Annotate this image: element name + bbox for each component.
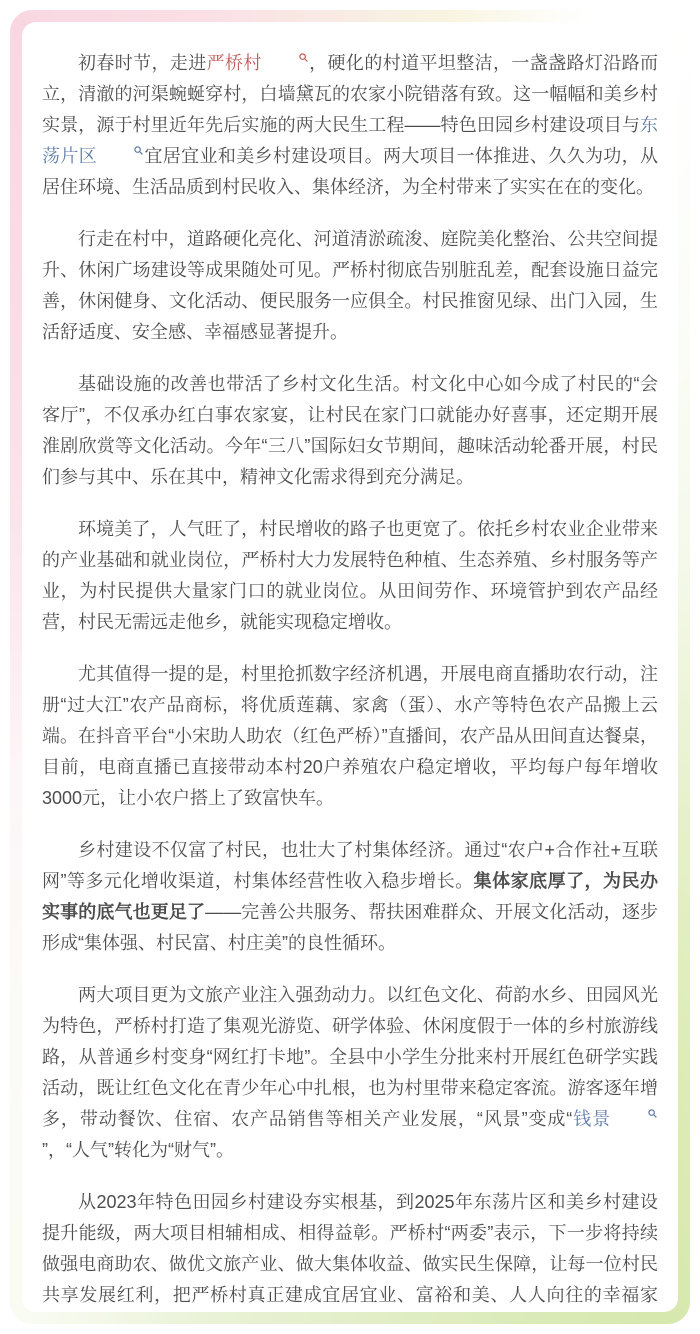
paragraph-5: 尤其值得一提的是，村里抢抓数字经济机遇，开展电商直播助农行动，注册“过大江”农产… <box>42 659 658 814</box>
article-body: 初春时节，走进严桥村，硬化的村道平坦整洁，一盏盏路灯沿路而立，清澈的河渠蜿蜒穿村… <box>22 22 678 1312</box>
text-run: 环境美了，人气旺了，村民增收的路子也更宽了。依托乡村农业企业带来的产业基础和就业… <box>42 519 658 632</box>
paragraph-4: 环境美了，人气旺了，村民增收的路子也更宽了。依托乡村农业企业带来的产业基础和就业… <box>42 514 658 638</box>
entity-link-red[interactable]: 严桥村 <box>207 53 309 73</box>
text-run: 从2023年特色田园乡村建设夯实根基，到2025年东荡片区和美乡村建设提升能级，… <box>42 1192 658 1312</box>
text-run: 基础设施的改善也带活了乡村文化生活。村文化中心如今成了村民的“会客厅”，不仅承办… <box>42 374 658 487</box>
paragraph-7: 两大项目更为文旅产业注入强劲动力。以红色文化、荷韵水乡、田园风光为特色，严桥村打… <box>42 980 658 1166</box>
text-run: ”，“人气”转化为“财气”。 <box>42 1140 234 1160</box>
paragraph-1: 初春时节，走进严桥村，硬化的村道平坦整洁，一盏盏路灯沿路而立，清澈的河渠蜿蜒穿村… <box>42 48 658 203</box>
text-run: 初春时节，走进 <box>78 53 207 73</box>
search-icon <box>98 146 143 155</box>
text-run: 尤其值得一提的是，村里抢抓数字经济机遇，开展电商直播助农行动，注册“过大江”农产… <box>42 664 658 808</box>
article-page: 初春时节，走进严桥村，硬化的村道平坦整洁，一盏盏路灯沿路而立，清澈的河渠蜿蜒穿村… <box>0 0 700 1334</box>
search-icon <box>612 1109 657 1118</box>
search-icon <box>263 53 308 62</box>
paragraph-8: 从2023年特色田园乡村建设夯实根基，到2025年东荡片区和美乡村建设提升能级，… <box>42 1187 658 1312</box>
text-run: 两大项目更为文旅产业注入强劲动力。以红色文化、荷韵水乡、田园风光为特色，严桥村打… <box>42 985 658 1129</box>
text-run: 行走在村中，道路硬化亮化、河道清淤疏浚、庭院美化整治、公共空间提升、休闲广场建设… <box>42 229 658 342</box>
paragraph-6: 乡村建设不仅富了村民，也壮大了村集体经济。通过“农户+合作社+互联网”等多元化增… <box>42 835 658 959</box>
paragraph-2: 行走在村中，道路硬化亮化、河道清淤疏浚、庭院美化整治、公共空间提升、休闲广场建设… <box>42 224 658 348</box>
gradient-frame: 初春时节，走进严桥村，硬化的村道平坦整洁，一盏盏路灯沿路而立，清澈的河渠蜿蜒穿村… <box>10 10 690 1324</box>
paragraph-3: 基础设施的改善也带活了乡村文化生活。村文化中心如今成了村民的“会客厅”，不仅承办… <box>42 369 658 493</box>
entity-link-blue[interactable]: 钱景 <box>572 1109 658 1129</box>
